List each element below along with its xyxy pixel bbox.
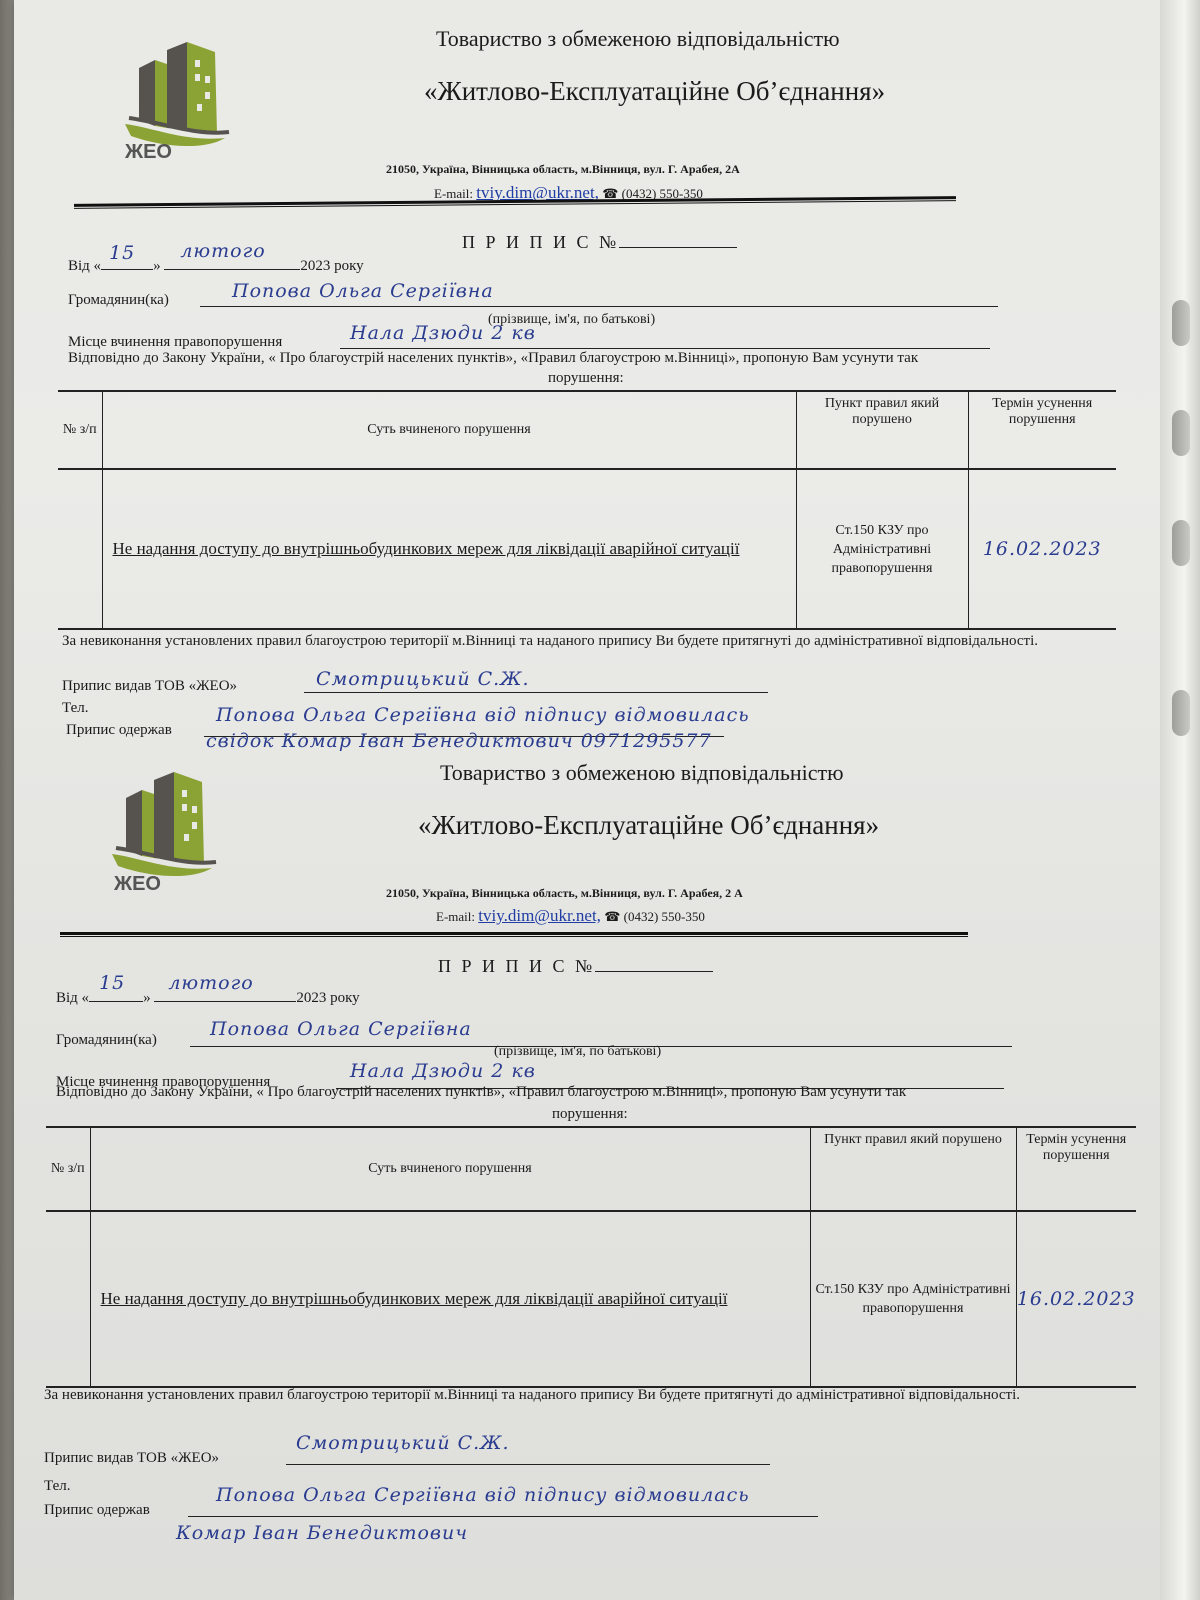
order-heading-text: П Р И П И С № [462, 232, 619, 252]
date-line: Від «15» лютого2023 року [68, 254, 364, 275]
date-day-field[interactable]: 15 [89, 986, 143, 1002]
email-link[interactable]: tviy.dim@ukr.net, [478, 906, 601, 925]
received-by-label: Припис одержав [66, 722, 172, 739]
law-text-end: порушення: [548, 370, 624, 387]
order-number-field[interactable] [595, 956, 713, 972]
issued-by-field-line [304, 692, 768, 693]
violations-table: № з/п Суть вчиненого порушення Пункт пра… [58, 390, 1116, 630]
col-header-term: Термін усунення порушення [968, 391, 1116, 469]
citizen-label: Громадянин(ка) [56, 1032, 157, 1049]
row-description: Не надання доступу до внутрішньобудинков… [102, 469, 796, 629]
place-field-line [340, 348, 990, 349]
phone-icon: ☎ [604, 909, 620, 924]
law-text-end: порушення: [552, 1106, 628, 1123]
col-header-description: Суть вчиненого порушення [90, 1127, 810, 1211]
row-rule: Ст.150 КЗУ про Адміністративні правопору… [796, 469, 968, 629]
company-address: 21050, Україна, Вінницька область, м.Він… [386, 886, 743, 901]
row-term[interactable]: 16.02.2023 [1016, 1211, 1136, 1387]
citizen-caption: (прізвище, ім'я, по батькові) [494, 1044, 661, 1060]
email-label: E-mail: [436, 909, 475, 924]
received-by-value[interactable]: Попова Ольга Сергіївна від підпису відмо… [216, 704, 750, 726]
order-number-field[interactable] [619, 232, 737, 248]
received-by-label: Припис одержав [44, 1502, 150, 1519]
email-label: E-mail: [434, 186, 473, 201]
row-rule: Ст.150 КЗУ про Адміністративні правопору… [810, 1211, 1016, 1387]
received-by-value[interactable]: Попова Ольга Сергіївна від підпису відмо… [216, 1484, 750, 1506]
tel-label: Тел. [62, 700, 88, 717]
citizen-name-value[interactable]: Попова Ольга Сергіївна [210, 1018, 472, 1040]
tel-label: Тел. [44, 1478, 70, 1495]
issued-by-signature[interactable]: Смотрицький С.Ж. [316, 668, 530, 690]
date-month-field[interactable]: лютого [154, 986, 296, 1002]
row-number [46, 1211, 90, 1387]
table-header-row: № з/п Суть вчиненого порушення Пункт пра… [58, 391, 1116, 469]
company-contact: E-mail: tviy.dim@ukr.net, ☎ (0432) 550-3… [436, 906, 705, 926]
order-heading: П Р И П И С № [462, 232, 737, 253]
logo-text: ЖЕО [114, 873, 161, 896]
issued-by-label: Припис видав ТОВ «ЖЕО» [62, 678, 237, 695]
date-month-value: лютого [168, 972, 253, 994]
row-number [58, 469, 102, 629]
order-heading: П Р И П И С № [438, 956, 713, 977]
place-label: Місце вчинення правопорушення [68, 334, 282, 351]
issued-by-field-line [286, 1464, 770, 1465]
company-name: «Житлово-Експлуатаційне Об’єднання» [424, 76, 885, 107]
col-header-description: Суть вчиненого порушення [102, 391, 796, 469]
date-year: 2023 року [296, 990, 359, 1006]
date-month-field[interactable]: лютого [164, 254, 300, 270]
law-text: Відповідно до Закону України, « Про благ… [56, 1084, 906, 1101]
row-term[interactable]: 16.02.2023 [968, 469, 1116, 629]
date-day-field[interactable]: 15 [101, 254, 153, 270]
warning-text: За невиконання установлених правил благо… [44, 1380, 1044, 1410]
date-prefix: Від « [56, 990, 89, 1006]
col-header-rule: Пункт правил який порушено [796, 391, 968, 469]
company-logo: ЖЕО [125, 38, 235, 158]
company-legal-form: Товариство з обмеженою відповідальністю [440, 760, 844, 786]
date-line: Від «15» лютого2023 року [56, 986, 360, 1007]
table-row: Не надання доступу до внутрішньобудинков… [46, 1211, 1136, 1387]
company-legal-form: Товариство з обмеженою відповідальністю [436, 26, 840, 52]
row-term-value: 16.02.2023 [1017, 1288, 1136, 1310]
citizen-name-value[interactable]: Попова Ольга Сергіївна [232, 280, 494, 302]
order-form-1: ЖЕО Товариство з обмеженою відповідальні… [0, 0, 1200, 780]
date-month-value: лютого [180, 240, 265, 262]
company-name: «Житлово-Експлуатаційне Об’єднання» [418, 810, 879, 841]
date-mid: » [143, 990, 151, 1006]
received-by-witness[interactable]: Комар Іван Бенедиктович [176, 1522, 468, 1544]
col-header-term: Термін усунення порушення [1016, 1127, 1136, 1211]
date-mid: » [153, 258, 161, 274]
order-heading-text: П Р И П И С № [438, 956, 595, 976]
col-header-number: № з/п [58, 391, 102, 469]
col-header-rule: Пункт правил який порушено [810, 1127, 1016, 1211]
place-value[interactable]: Нала Дзюди 2 кв [350, 1060, 536, 1082]
company-logo: ЖЕО [112, 768, 222, 888]
building-logo-icon [125, 38, 235, 158]
date-day-value: 15 [109, 242, 135, 264]
company-address: 21050, Україна, Вінницька область, м.Він… [386, 162, 740, 177]
table-header-row: № з/п Суть вчиненого порушення Пункт пра… [46, 1127, 1136, 1211]
warning-text: За невиконання установлених правил благо… [62, 630, 1062, 652]
row-description: Не надання доступу до внутрішньобудинков… [90, 1211, 810, 1387]
place-value[interactable]: Нала Дзюди 2 кв [350, 322, 536, 344]
law-text: Відповідно до Закону України, « Про благ… [68, 350, 918, 367]
issued-by-label: Припис видав ТОВ «ЖЕО» [44, 1450, 219, 1467]
header-divider [60, 932, 968, 937]
building-logo-icon [112, 768, 222, 888]
row-term-value: 16.02.2023 [983, 538, 1102, 560]
date-year: 2023 року [300, 258, 363, 274]
violations-table: № з/п Суть вчиненого порушення Пункт пра… [46, 1126, 1136, 1388]
citizen-field-line [200, 306, 998, 307]
table-row: Не надання доступу до внутрішньобудинков… [58, 469, 1116, 629]
citizen-label: Громадянин(ка) [68, 292, 169, 309]
date-day-value: 15 [99, 972, 125, 994]
received-by-field-line [188, 1516, 818, 1517]
order-form-2: ЖЕО Товариство з обмеженою відповідальні… [0, 740, 1200, 1520]
logo-text: ЖЕО [125, 141, 172, 164]
issued-by-signature[interactable]: Смотрицький С.Ж. [296, 1432, 510, 1454]
col-header-number: № з/п [46, 1127, 90, 1211]
date-prefix: Від « [68, 258, 101, 274]
phone-number: (0432) 550-350 [624, 909, 705, 924]
